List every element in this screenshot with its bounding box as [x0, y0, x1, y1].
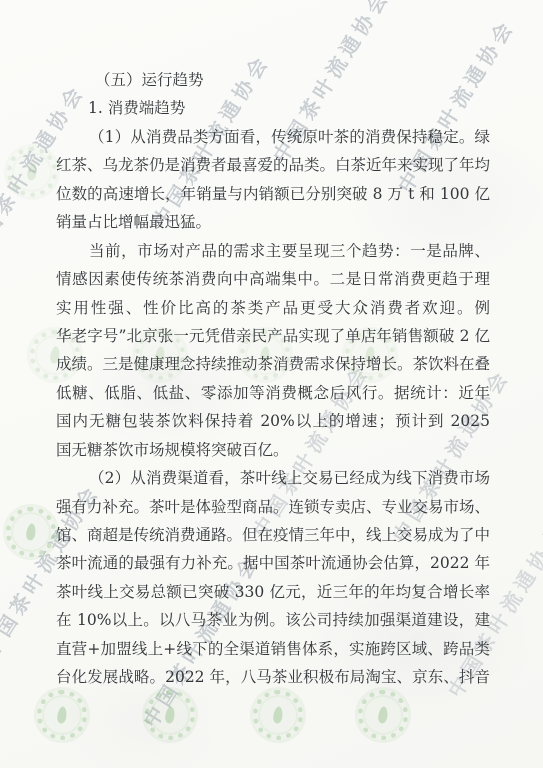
text-line: 华老字号”北京张一元凭借亲民产品实现了单店年销售额破 2 亿的: [56, 322, 490, 350]
document-page: 中国茶叶流通协会 中国茶叶流通协会 中国茶叶流通协会 中国茶叶流通协会 中国茶叶…: [0, 0, 543, 768]
association-seal-icon: [145, 690, 195, 740]
text-line: 成绩。三是健康理念持续推动茶消费需求保持增长。茶饮料在叠加: [56, 350, 490, 378]
text-line: 茶叶流通的最强有力补充。据中国茶叶流通协会估算，2022 年中国: [56, 549, 490, 577]
document-content: （五）运行趋势 1. 消费端趋势 （1）从消费品类方面看，传统原叶茶的消费保持稳…: [56, 66, 490, 692]
association-seal-icon: [7, 147, 57, 197]
text-line: 茶叶线上交易总额已突破 330 亿元，近三年的年均复合增长率保持: [56, 578, 490, 606]
text-line: 馆、商超是传统消费通路。但在疫情三年中，线上交易成为了中国: [56, 521, 490, 549]
text-line: 国无糖茶饮市场规模将突破百亿。: [56, 436, 490, 464]
text-line: 台化发展战略。2022 年，八马茶业积极布局淘宝、京东、抖音等主: [56, 663, 490, 691]
text-line: 在 10%以上。以八马茶业为例。该公司持续加强渠道建设，建立起: [56, 606, 490, 634]
text-line: （1）从消费品类方面看，传统原叶茶的消费保持稳定。绿茶、: [56, 123, 490, 151]
text-line: 直营+加盟线上+线下的全渠道销售体系，实施跨区域、跨品类的平: [56, 635, 490, 663]
association-seal-icon: [6, 507, 56, 557]
section-heading: （五）运行趋势: [56, 66, 490, 94]
sub-heading: 1. 消费端趋势: [56, 94, 490, 122]
text-line: 红茶、乌龙茶仍是消费者最喜爱的品类。白茶近年来实现了年均两: [56, 151, 490, 179]
text-line: 低糖、低脂、低盐、零添加等消费概念后风行。据统计：近年来，: [56, 379, 490, 407]
text-line: 强有力补充。茶叶是体验型商品。连锁专卖店、专业交易市场、茶: [56, 493, 490, 521]
text-line: （2）从消费渠道看，茶叶线上交易已经成为线下消费市场的: [56, 464, 490, 492]
association-seal-icon: [358, 690, 408, 740]
text-line: 情感因素使传统茶消费向中高端集中。二是日常消费更趋于理性，: [56, 265, 490, 293]
text-line: 销量占比增幅最迅猛。: [56, 208, 490, 236]
text-line: 当前，市场对产品的需求主要呈现三个趋势：一是品牌、文化、: [56, 237, 490, 265]
text-line: 国内无糖包装茶饮料保持着 20%以上的增速；预计到 2025 年，中: [56, 407, 490, 435]
text-line: 实用性强、性价比高的茶类产品更受大众消费者欢迎。例如：“中: [56, 294, 490, 322]
association-seal-icon: [253, 690, 303, 740]
text-line: 位数的高速增长，年销量与内销额已分别突破 8 万 t 和 100 亿元，: [56, 180, 490, 208]
association-seal-icon: [37, 690, 87, 740]
